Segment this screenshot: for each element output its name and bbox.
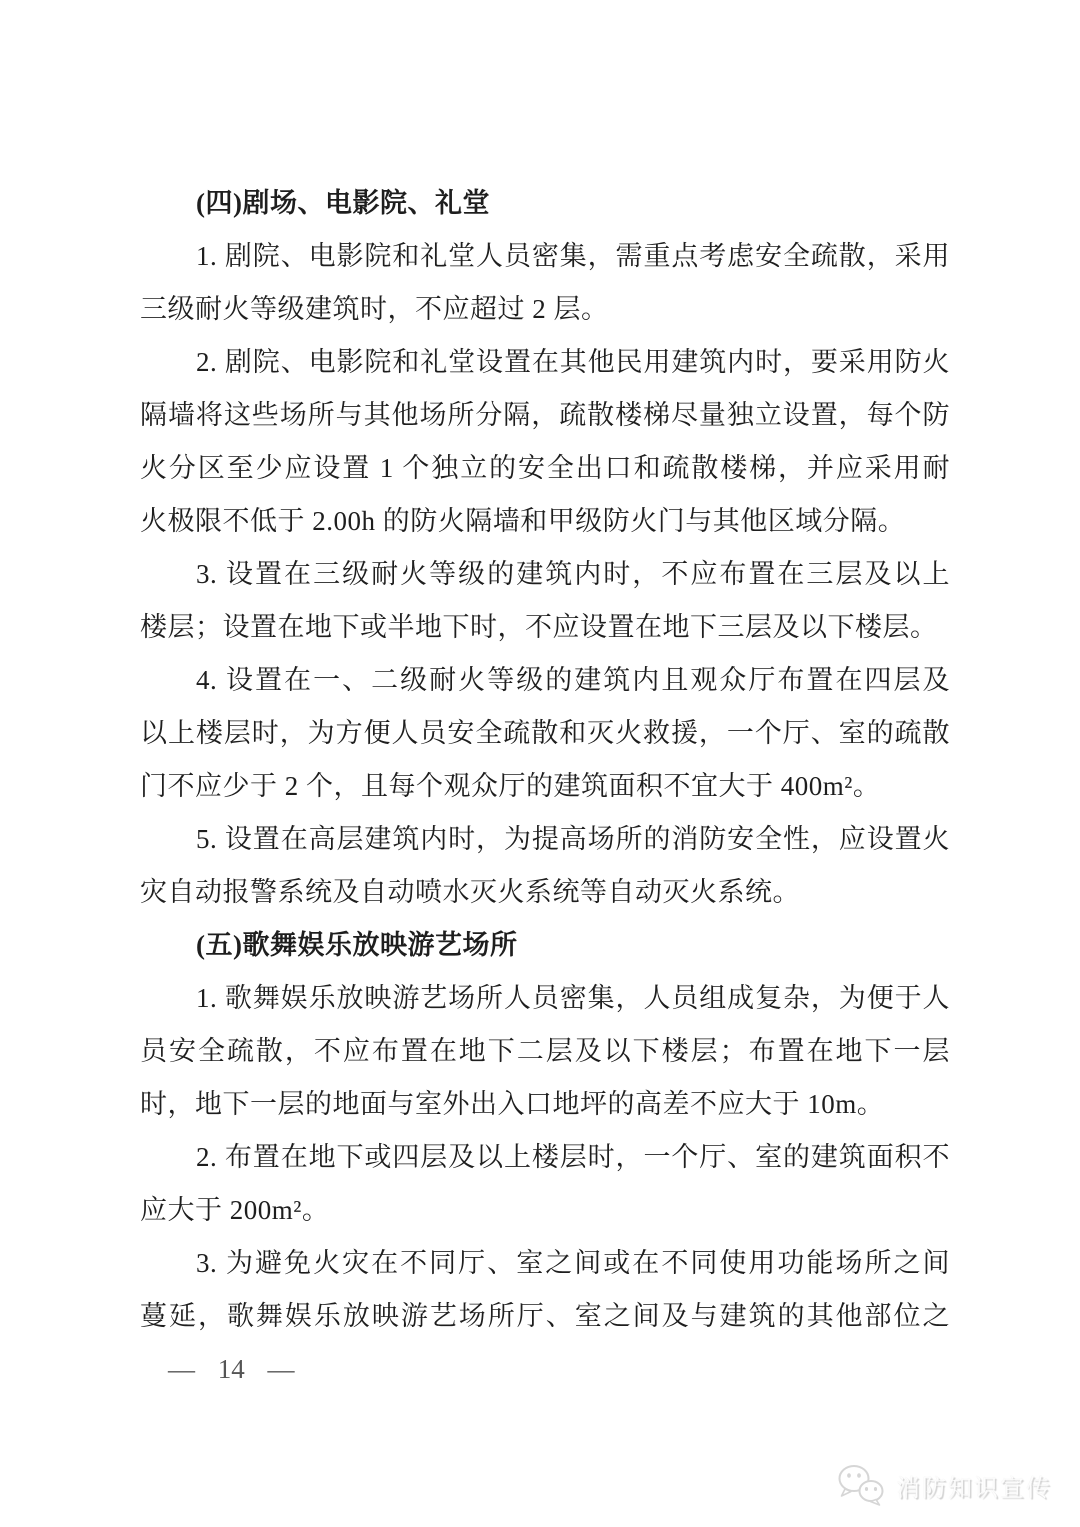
text-line: 以上楼层时，为方便人员安全疏散和灭火救援，一个厅、室的疏散: [140, 707, 950, 760]
watermark-text: 消防知识宣传: [896, 1468, 1052, 1503]
text-line: 1. 剧院、电影院和礼堂人员密集，需重点考虑安全疏散，采用: [140, 230, 950, 283]
text-line: 员安全疏散，不应布置在地下二层及以下楼层；布置在地下一层: [140, 1025, 950, 1078]
text-line: 隔墙将这些场所与其他场所分隔，疏散楼梯尽量独立设置，每个防: [140, 389, 950, 442]
text-line: 3. 为避免火灾在不同厅、室之间或在不同使用功能场所之间: [140, 1237, 950, 1290]
text-line: 2. 布置在地下或四层及以上楼层时，一个厅、室的建筑面积不: [140, 1131, 950, 1184]
text-line: 火分区至少应设置 1 个独立的安全出口和疏散楼梯，并应采用耐: [140, 442, 950, 495]
text-line: 3. 设置在三级耐火等级的建筑内时，不应布置在三层及以上: [140, 548, 950, 601]
text-line: 蔓延，歌舞娱乐放映游艺场所厅、室之间及与建筑的其他部位之: [140, 1290, 950, 1343]
text-line: 时，地下一层的地面与室外出入口地坪的高差不应大于 10m。: [140, 1078, 950, 1131]
text-line: 楼层；设置在地下或半地下时，不应设置在地下三层及以下楼层。: [140, 601, 950, 654]
text-line: 4. 设置在一、二级耐火等级的建筑内且观众厅布置在四层及: [140, 654, 950, 707]
watermark: 消防知识宣传: [836, 1463, 1052, 1507]
text-line: 火极限不低于 2.00h 的防火隔墙和甲级防火门与其他区域分隔。: [140, 495, 950, 548]
page-number: — 14 —: [140, 1343, 950, 1396]
document-page: { "content": { "lines": [ { "text": "(四)…: [0, 0, 1080, 1527]
text-line: 5. 设置在高层建筑内时，为提高场所的消防安全性，应设置火: [140, 813, 950, 866]
section-heading: (四)剧场、电影院、礼堂: [140, 177, 950, 230]
wechat-icon: [836, 1463, 886, 1507]
text-line: 1. 歌舞娱乐放映游艺场所人员密集，人员组成复杂，为便于人: [140, 972, 950, 1025]
document-body: (四)剧场、电影院、礼堂1. 剧院、电影院和礼堂人员密集，需重点考虑安全疏散，采…: [0, 0, 1080, 1396]
text-line: 门不应少于 2 个，且每个观众厅的建筑面积不宜大于 400m²。: [140, 760, 950, 813]
text-line: 灾自动报警系统及自动喷水灭火系统等自动灭火系统。: [140, 866, 950, 919]
text-line: 三级耐火等级建筑时，不应超过 2 层。: [140, 283, 950, 336]
text-line: 2. 剧院、电影院和礼堂设置在其他民用建筑内时，要采用防火: [140, 336, 950, 389]
text-line: 应大于 200m²。: [140, 1184, 950, 1237]
section-heading: (五)歌舞娱乐放映游艺场所: [140, 919, 950, 972]
